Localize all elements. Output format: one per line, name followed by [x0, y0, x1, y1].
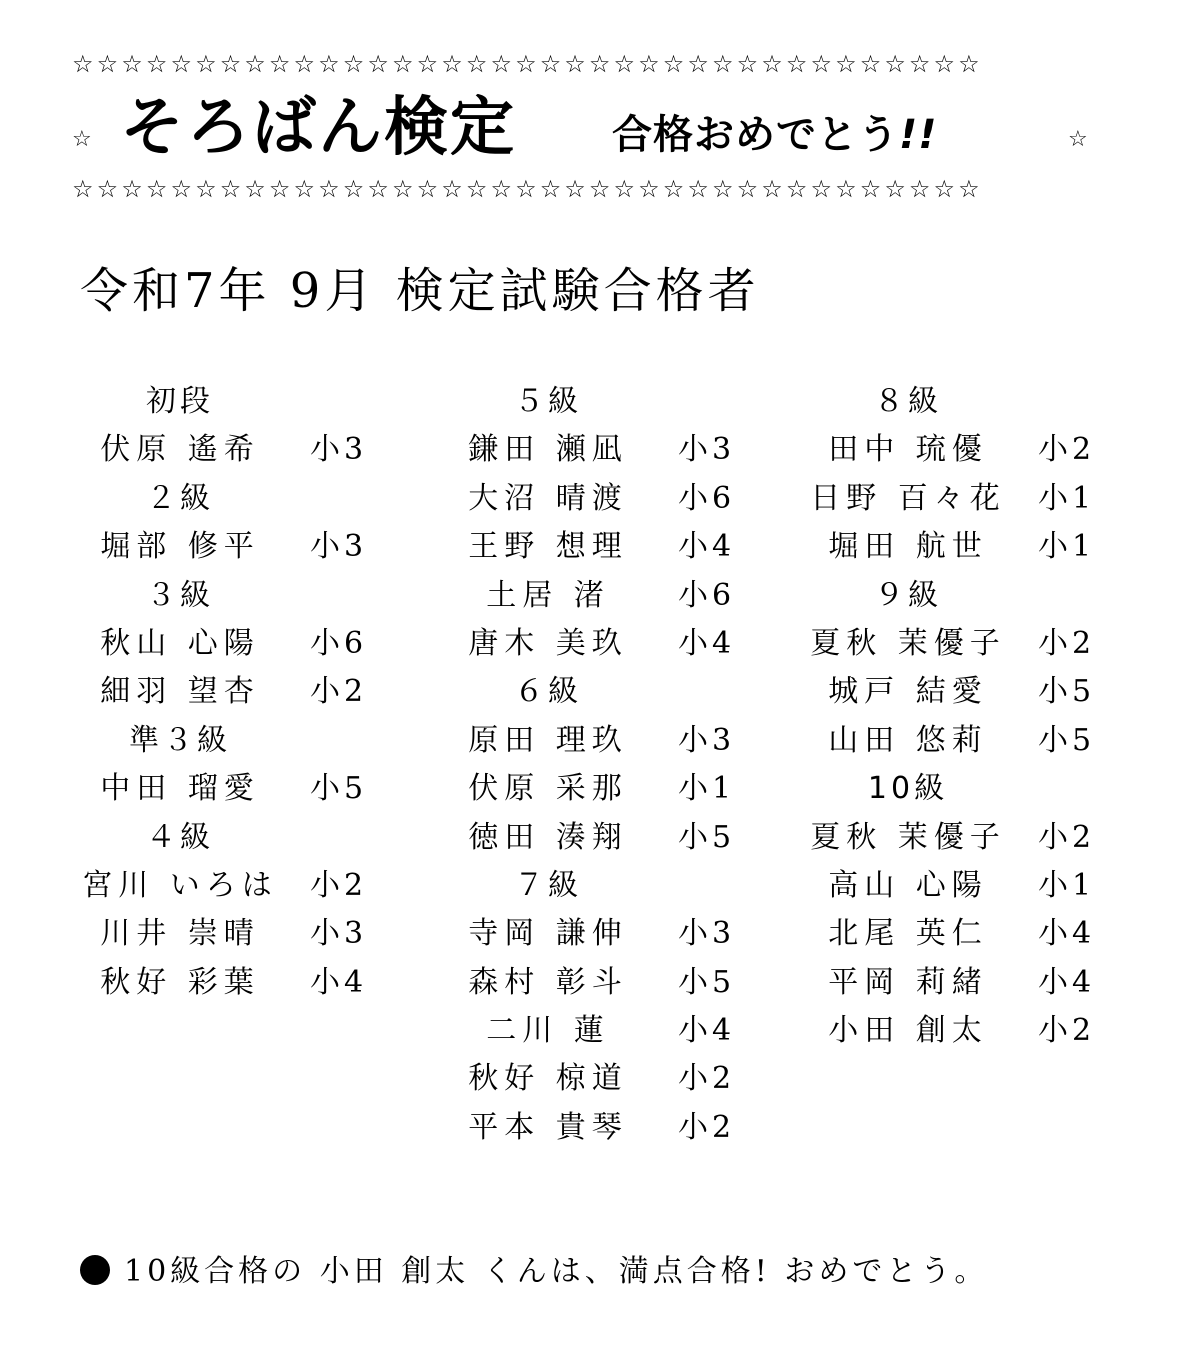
- star-icon-right: ☆: [1068, 128, 1088, 152]
- passer-school-year: 小2: [1038, 426, 1095, 474]
- congrats-note: 10級合格の 小田 創太 くんは、満点合格! おめでとう。: [80, 1250, 988, 1294]
- grade-heading: 初段: [70, 378, 290, 426]
- passer-school-year: 小2: [310, 668, 367, 716]
- passer-row: 大沼 晴渡小6: [438, 475, 768, 523]
- passer-name: 伏原 采那: [438, 765, 658, 813]
- passer-row: 王野 想理小4: [438, 523, 768, 571]
- passer-school-year: 小1: [1038, 862, 1095, 910]
- passer-name: 川井 崇晴: [70, 910, 290, 958]
- subtitle-exclaim: !!: [899, 112, 937, 158]
- passer-row: 堀部 修平小3: [70, 523, 400, 571]
- passer-school-year: 小5: [1038, 668, 1095, 716]
- passer-row: 小田 創太小2: [798, 1007, 1128, 1055]
- grade-heading: 準３級: [70, 717, 290, 765]
- grade-heading: 10級: [798, 765, 1018, 813]
- passer-row: 夏秋 茉優子小2: [798, 814, 1128, 862]
- passer-school-year: 小6: [678, 475, 735, 523]
- passer-row: 唐木 美玖小4: [438, 620, 768, 668]
- passer-row: 田中 琉優小2: [798, 426, 1128, 474]
- passer-name: 細羽 望杏: [70, 668, 290, 716]
- passer-row: 平本 貴琴小2: [438, 1104, 768, 1152]
- passer-school-year: 小4: [678, 1007, 735, 1055]
- passer-name: 唐木 美玖: [438, 620, 658, 668]
- grade-heading: ８級: [798, 378, 1018, 426]
- passer-name: 鎌田 瀬凪: [438, 426, 658, 474]
- passer-school-year: 小5: [310, 765, 367, 813]
- passer-school-year: 小2: [1038, 620, 1095, 668]
- star-icon-left: ☆: [72, 128, 92, 152]
- passer-name: 土居 渚: [438, 572, 658, 620]
- passer-name: 堀部 修平: [70, 523, 290, 571]
- grade-heading: ６級: [438, 668, 658, 716]
- passer-row: 秋山 心陽小6: [70, 620, 400, 668]
- passer-row: 二川 蓮小4: [438, 1007, 768, 1055]
- passer-name: 城戸 結愛: [798, 668, 1018, 716]
- passer-row: 川井 崇晴小3: [70, 910, 400, 958]
- passer-name: 平岡 莉緒: [798, 959, 1018, 1007]
- passer-column-1: 初段伏原 遙希小3２級堀部 修平小3３級秋山 心陽小6細羽 望杏小2準３級中田 …: [70, 378, 400, 1007]
- passer-school-year: 小3: [678, 426, 735, 474]
- passer-school-year: 小2: [678, 1104, 735, 1152]
- passer-name: 堀田 航世: [798, 523, 1018, 571]
- passer-name: 北尾 英仁: [798, 910, 1018, 958]
- passer-school-year: 小2: [1038, 814, 1095, 862]
- passer-school-year: 小3: [310, 523, 367, 571]
- passer-school-year: 小2: [310, 862, 367, 910]
- passer-school-year: 小4: [1038, 910, 1095, 958]
- passer-row: 夏秋 茉優子小2: [798, 620, 1128, 668]
- subtitle: 合格おめでとう!!: [612, 108, 937, 162]
- passer-school-year: 小5: [1038, 717, 1095, 765]
- grade-heading: ９級: [798, 572, 1018, 620]
- passer-school-year: 小5: [678, 814, 735, 862]
- passer-name: 徳田 湊翔: [438, 814, 658, 862]
- passer-row: 秋好 椋道小2: [438, 1055, 768, 1103]
- passer-school-year: 小1: [1038, 475, 1095, 523]
- passer-name: 原田 理玖: [438, 717, 658, 765]
- passer-name: 日野 百々花: [798, 475, 1018, 523]
- grade-heading: ５級: [438, 378, 658, 426]
- passer-name: 高山 心陽: [798, 862, 1018, 910]
- passer-row: 堀田 航世小1: [798, 523, 1128, 571]
- passer-name: 山田 悠莉: [798, 717, 1018, 765]
- passer-row: 森村 彰斗小5: [438, 959, 768, 1007]
- passer-name: 秋山 心陽: [70, 620, 290, 668]
- passer-name: 夏秋 茉優子: [798, 814, 1018, 862]
- grade-heading: ４級: [70, 814, 290, 862]
- passer-school-year: 小6: [678, 572, 735, 620]
- passer-school-year: 小4: [1038, 959, 1095, 1007]
- passer-name: 秋好 椋道: [438, 1055, 658, 1103]
- passer-row: 日野 百々花小1: [798, 475, 1128, 523]
- passer-school-year: 小3: [678, 717, 735, 765]
- passer-row: 平岡 莉緒小4: [798, 959, 1128, 1007]
- passer-name: 秋好 彩葉: [70, 959, 290, 1007]
- passer-school-year: 小6: [310, 620, 367, 668]
- passer-name: 大沼 晴渡: [438, 475, 658, 523]
- passer-row: 高山 心陽小1: [798, 862, 1128, 910]
- passer-row: 伏原 遙希小3: [70, 426, 400, 474]
- bullet-icon: [80, 1255, 110, 1285]
- congrats-note-text: 10級合格の 小田 創太 くんは、満点合格! おめでとう。: [124, 1254, 988, 1289]
- passer-row: 山田 悠莉小5: [798, 717, 1128, 765]
- passer-row: 宮川 いろは小2: [70, 862, 400, 910]
- passer-row: 細羽 望杏小2: [70, 668, 400, 716]
- passer-name: 小田 創太: [798, 1007, 1018, 1055]
- passer-row: 徳田 湊翔小5: [438, 814, 768, 862]
- passer-row: 土居 渚小6: [438, 572, 768, 620]
- passer-row: 中田 瑠愛小5: [70, 765, 400, 813]
- passer-column-3: ８級田中 琉優小2日野 百々花小1堀田 航世小1９級夏秋 茉優子小2城戸 結愛小…: [798, 378, 1128, 1055]
- passer-row: 鎌田 瀬凪小3: [438, 426, 768, 474]
- passer-row: 寺岡 謙伸小3: [438, 910, 768, 958]
- passer-name: 中田 瑠愛: [70, 765, 290, 813]
- main-title: そろばん検定: [120, 88, 516, 168]
- grade-heading: ２級: [70, 475, 290, 523]
- star-border-top: ☆☆☆☆☆☆☆☆☆☆☆☆☆☆☆☆☆☆☆☆☆☆☆☆☆☆☆☆☆☆☆☆☆☆☆☆☆: [72, 49, 983, 79]
- passer-name: 田中 琉優: [798, 426, 1018, 474]
- passer-row: 伏原 采那小1: [438, 765, 768, 813]
- passer-name: 寺岡 謙伸: [438, 910, 658, 958]
- passer-school-year: 小1: [1038, 523, 1095, 571]
- passer-school-year: 小4: [678, 620, 735, 668]
- passer-column-2: ５級鎌田 瀬凪小3大沼 晴渡小6王野 想理小4土居 渚小6唐木 美玖小4６級原田…: [438, 378, 768, 1152]
- passer-school-year: 小2: [1038, 1007, 1095, 1055]
- passer-row: 原田 理玖小3: [438, 717, 768, 765]
- passer-name: 伏原 遙希: [70, 426, 290, 474]
- passer-row: 北尾 英仁小4: [798, 910, 1128, 958]
- subtitle-text: 合格おめでとう: [612, 112, 899, 158]
- passer-school-year: 小4: [678, 523, 735, 571]
- passer-school-year: 小1: [678, 765, 735, 813]
- passer-name: 二川 蓮: [438, 1007, 658, 1055]
- passer-school-year: 小4: [310, 959, 367, 1007]
- passer-row: 秋好 彩葉小4: [70, 959, 400, 1007]
- star-border-bottom: ☆☆☆☆☆☆☆☆☆☆☆☆☆☆☆☆☆☆☆☆☆☆☆☆☆☆☆☆☆☆☆☆☆☆☆☆☆: [72, 174, 983, 204]
- passer-name: 宮川 いろは: [70, 862, 290, 910]
- passer-name: 王野 想理: [438, 523, 658, 571]
- passer-school-year: 小5: [678, 959, 735, 1007]
- passer-row: 城戸 結愛小5: [798, 668, 1128, 716]
- passer-school-year: 小2: [678, 1055, 735, 1103]
- passer-school-year: 小3: [310, 426, 367, 474]
- passer-name: 平本 貴琴: [438, 1104, 658, 1152]
- passer-name: 夏秋 茉優子: [798, 620, 1018, 668]
- grade-heading: ３級: [70, 572, 290, 620]
- exam-heading: 令和7年 9月 検定試験合格者: [80, 258, 760, 324]
- passer-name: 森村 彰斗: [438, 959, 658, 1007]
- passer-school-year: 小3: [678, 910, 735, 958]
- passer-school-year: 小3: [310, 910, 367, 958]
- grade-heading: ７級: [438, 862, 658, 910]
